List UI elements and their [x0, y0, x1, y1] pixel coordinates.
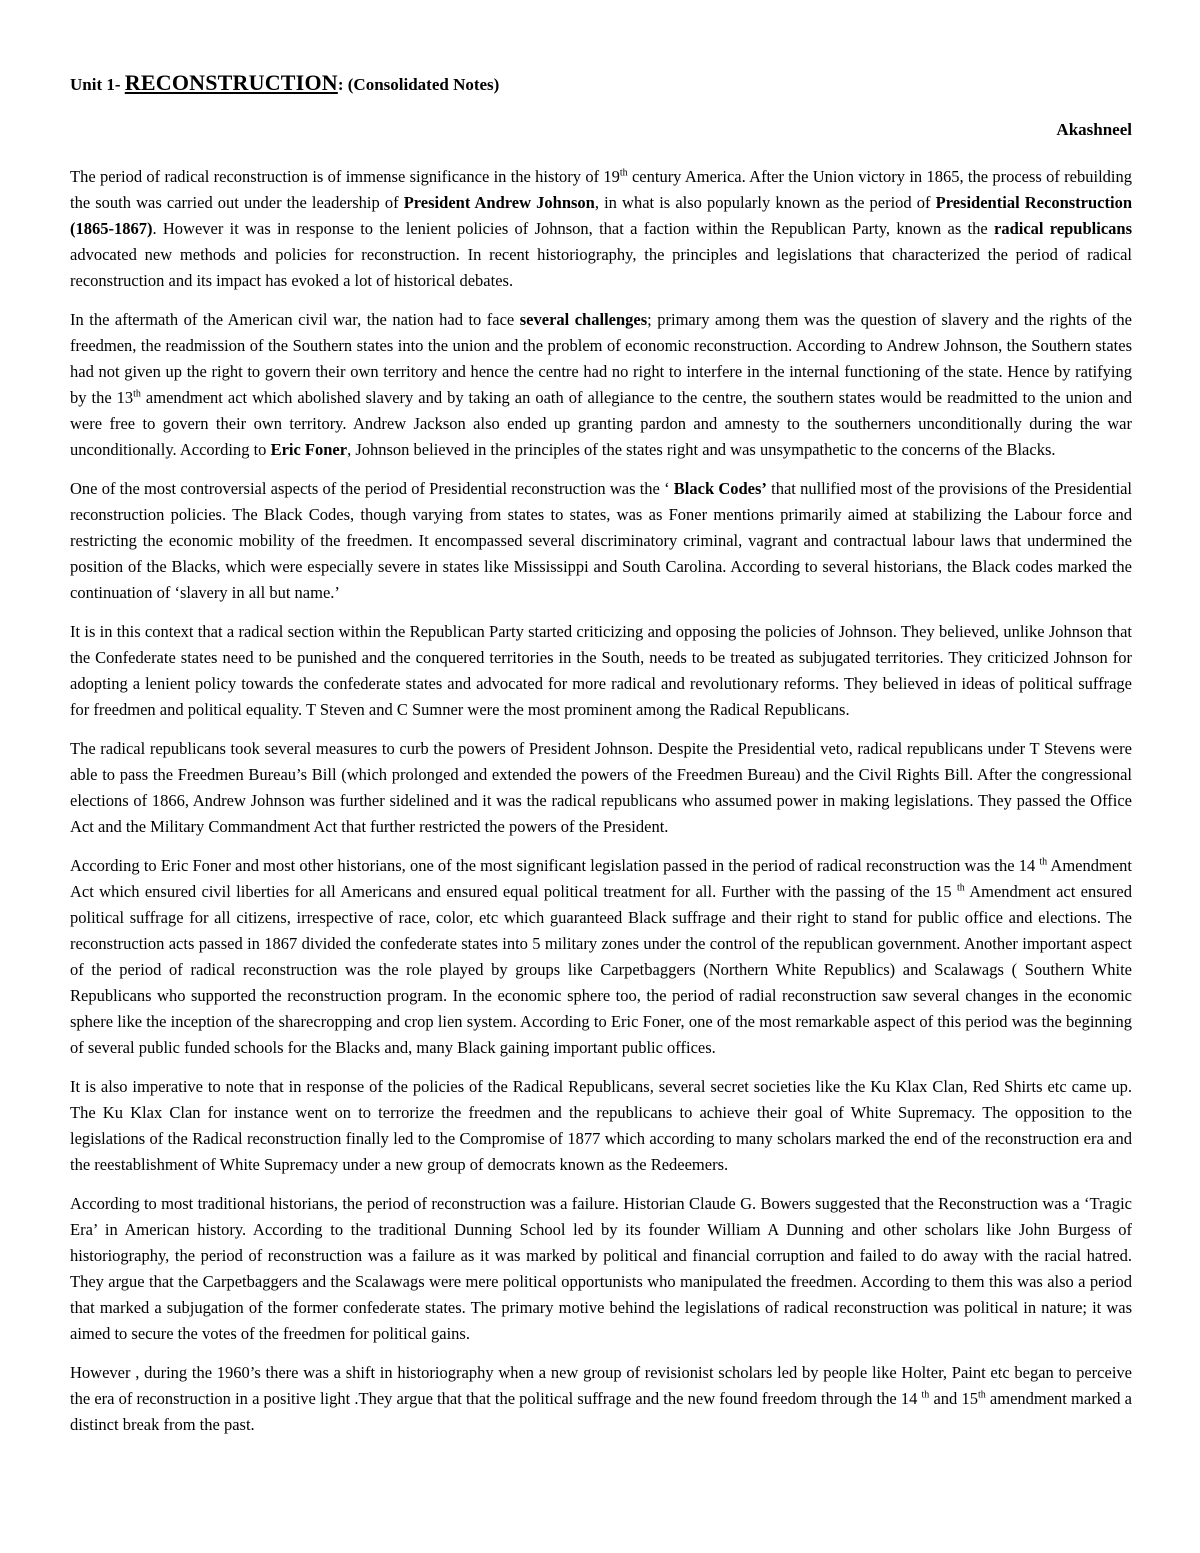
paragraph: According to Eric Foner and most other h… — [70, 853, 1132, 1061]
page-title-prefix: Unit 1- — [70, 75, 125, 94]
paragraph: It is in this context that a radical sec… — [70, 619, 1132, 723]
document-body: The period of radical reconstruction is … — [70, 164, 1132, 1438]
paragraph: One of the most controversial aspects of… — [70, 476, 1132, 606]
paragraph: However , during the 1960’s there was a … — [70, 1360, 1132, 1438]
page-title-main: RECONSTRUCTION — [125, 70, 338, 95]
paragraph: The radical republicans took several mea… — [70, 736, 1132, 840]
author-name: Akashneel — [70, 120, 1132, 140]
page-title-suffix: : (Consolidated Notes) — [338, 75, 500, 94]
document-page: Unit 1- RECONSTRUCTION: (Consolidated No… — [0, 0, 1200, 1553]
paragraph: It is also imperative to note that in re… — [70, 1074, 1132, 1178]
paragraph: According to most traditional historians… — [70, 1191, 1132, 1347]
paragraph: In the aftermath of the American civil w… — [70, 307, 1132, 463]
page-title: Unit 1- RECONSTRUCTION: (Consolidated No… — [70, 70, 1132, 98]
paragraph: The period of radical reconstruction is … — [70, 164, 1132, 294]
